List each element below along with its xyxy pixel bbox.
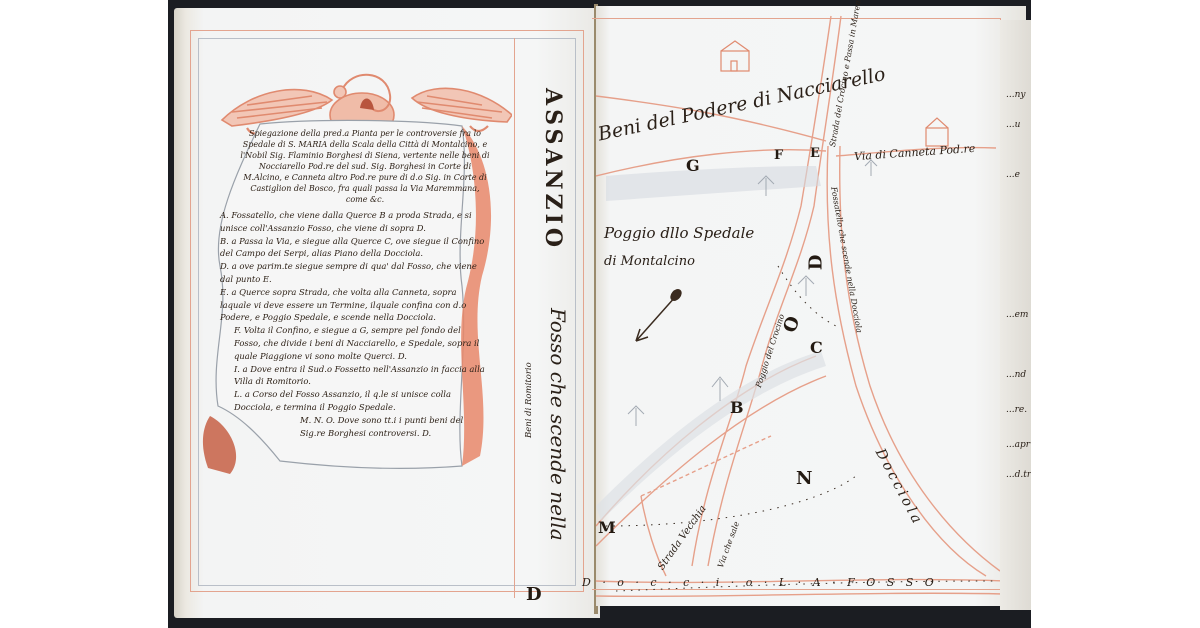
label-poggio-sub: di Montalcino bbox=[604, 254, 695, 269]
legend-entry-e: E. a Querce sopra Strada, che volta alla… bbox=[220, 286, 490, 324]
legend-entry-d: D. a ove parim.te siegue sempre di qua' … bbox=[220, 260, 490, 286]
book-spread-photo: Spiegazione della pred.a Pianta per le c… bbox=[168, 0, 1031, 628]
point-letter-f: F bbox=[774, 148, 783, 163]
margin-fragment: ...u bbox=[1006, 120, 1020, 130]
legend-header: Spiegazione della pred.a Pianta per le c… bbox=[220, 128, 490, 205]
legend-entry-mno: M. N. O. Dove sono tt.i i punti beni del… bbox=[220, 414, 490, 440]
legend-text-block: Spiegazione della pred.a Pianta per le c… bbox=[220, 128, 490, 439]
margin-fragment: ...nd bbox=[1006, 370, 1026, 380]
margin-fragment: ...re. bbox=[1006, 405, 1027, 415]
margin-fragment: ...ny bbox=[1006, 90, 1025, 100]
margin-fragment: ...apr bbox=[1006, 440, 1030, 450]
label-fosso-che-nella: Fosso che scende nella bbox=[546, 308, 570, 541]
point-letter-b: B bbox=[730, 398, 744, 417]
point-letter-d-bottom: D bbox=[526, 584, 542, 605]
label-docciola-bottom: D · o · c · c · i · o · L · A · F O S S … bbox=[582, 576, 938, 589]
legend-entry-l: L. a Corso del Fosso Assanzio, il q.le s… bbox=[220, 388, 490, 414]
margin-fragment: ...d.tr bbox=[1006, 470, 1031, 480]
legend-entry-a: A. Fossatello, che viene dalla Querce B … bbox=[220, 209, 490, 235]
left-page: Spiegazione della pred.a Pianta per le c… bbox=[174, 8, 600, 618]
label-poggio-title: Poggio dllo Spedale bbox=[604, 224, 754, 242]
point-letter-g: G bbox=[686, 156, 700, 175]
point-letter-n: N bbox=[796, 468, 812, 489]
legend-entry-i: I. a Dove entra il Sud.o Fossetto nell'A… bbox=[220, 363, 490, 389]
label-beni-romitorio: Beni di Romitorio bbox=[524, 362, 534, 438]
point-letter-m: M bbox=[598, 518, 616, 537]
legend-entry-b: B. a Passa la Via, e siegue alla Querce … bbox=[220, 235, 490, 261]
margin-fragment: ...e bbox=[1006, 170, 1020, 180]
page-edge-stack: ...ny ...u ...e ...em ...nd ...re. ...ap… bbox=[1000, 20, 1031, 610]
point-letter-e: E bbox=[810, 146, 820, 161]
compass-arrow-icon bbox=[636, 288, 683, 341]
right-page: Beni del Podere di Nacciarello Strada de… bbox=[596, 6, 1026, 606]
margin-fragment: ...em bbox=[1006, 310, 1028, 320]
point-letter-c: C bbox=[810, 338, 823, 357]
label-assanzio: ASSANZIO bbox=[540, 88, 566, 251]
legend-entry-f: F. Volta il Confino, e siegue a G, sempr… bbox=[220, 324, 490, 362]
point-letter-d: D bbox=[805, 255, 826, 271]
